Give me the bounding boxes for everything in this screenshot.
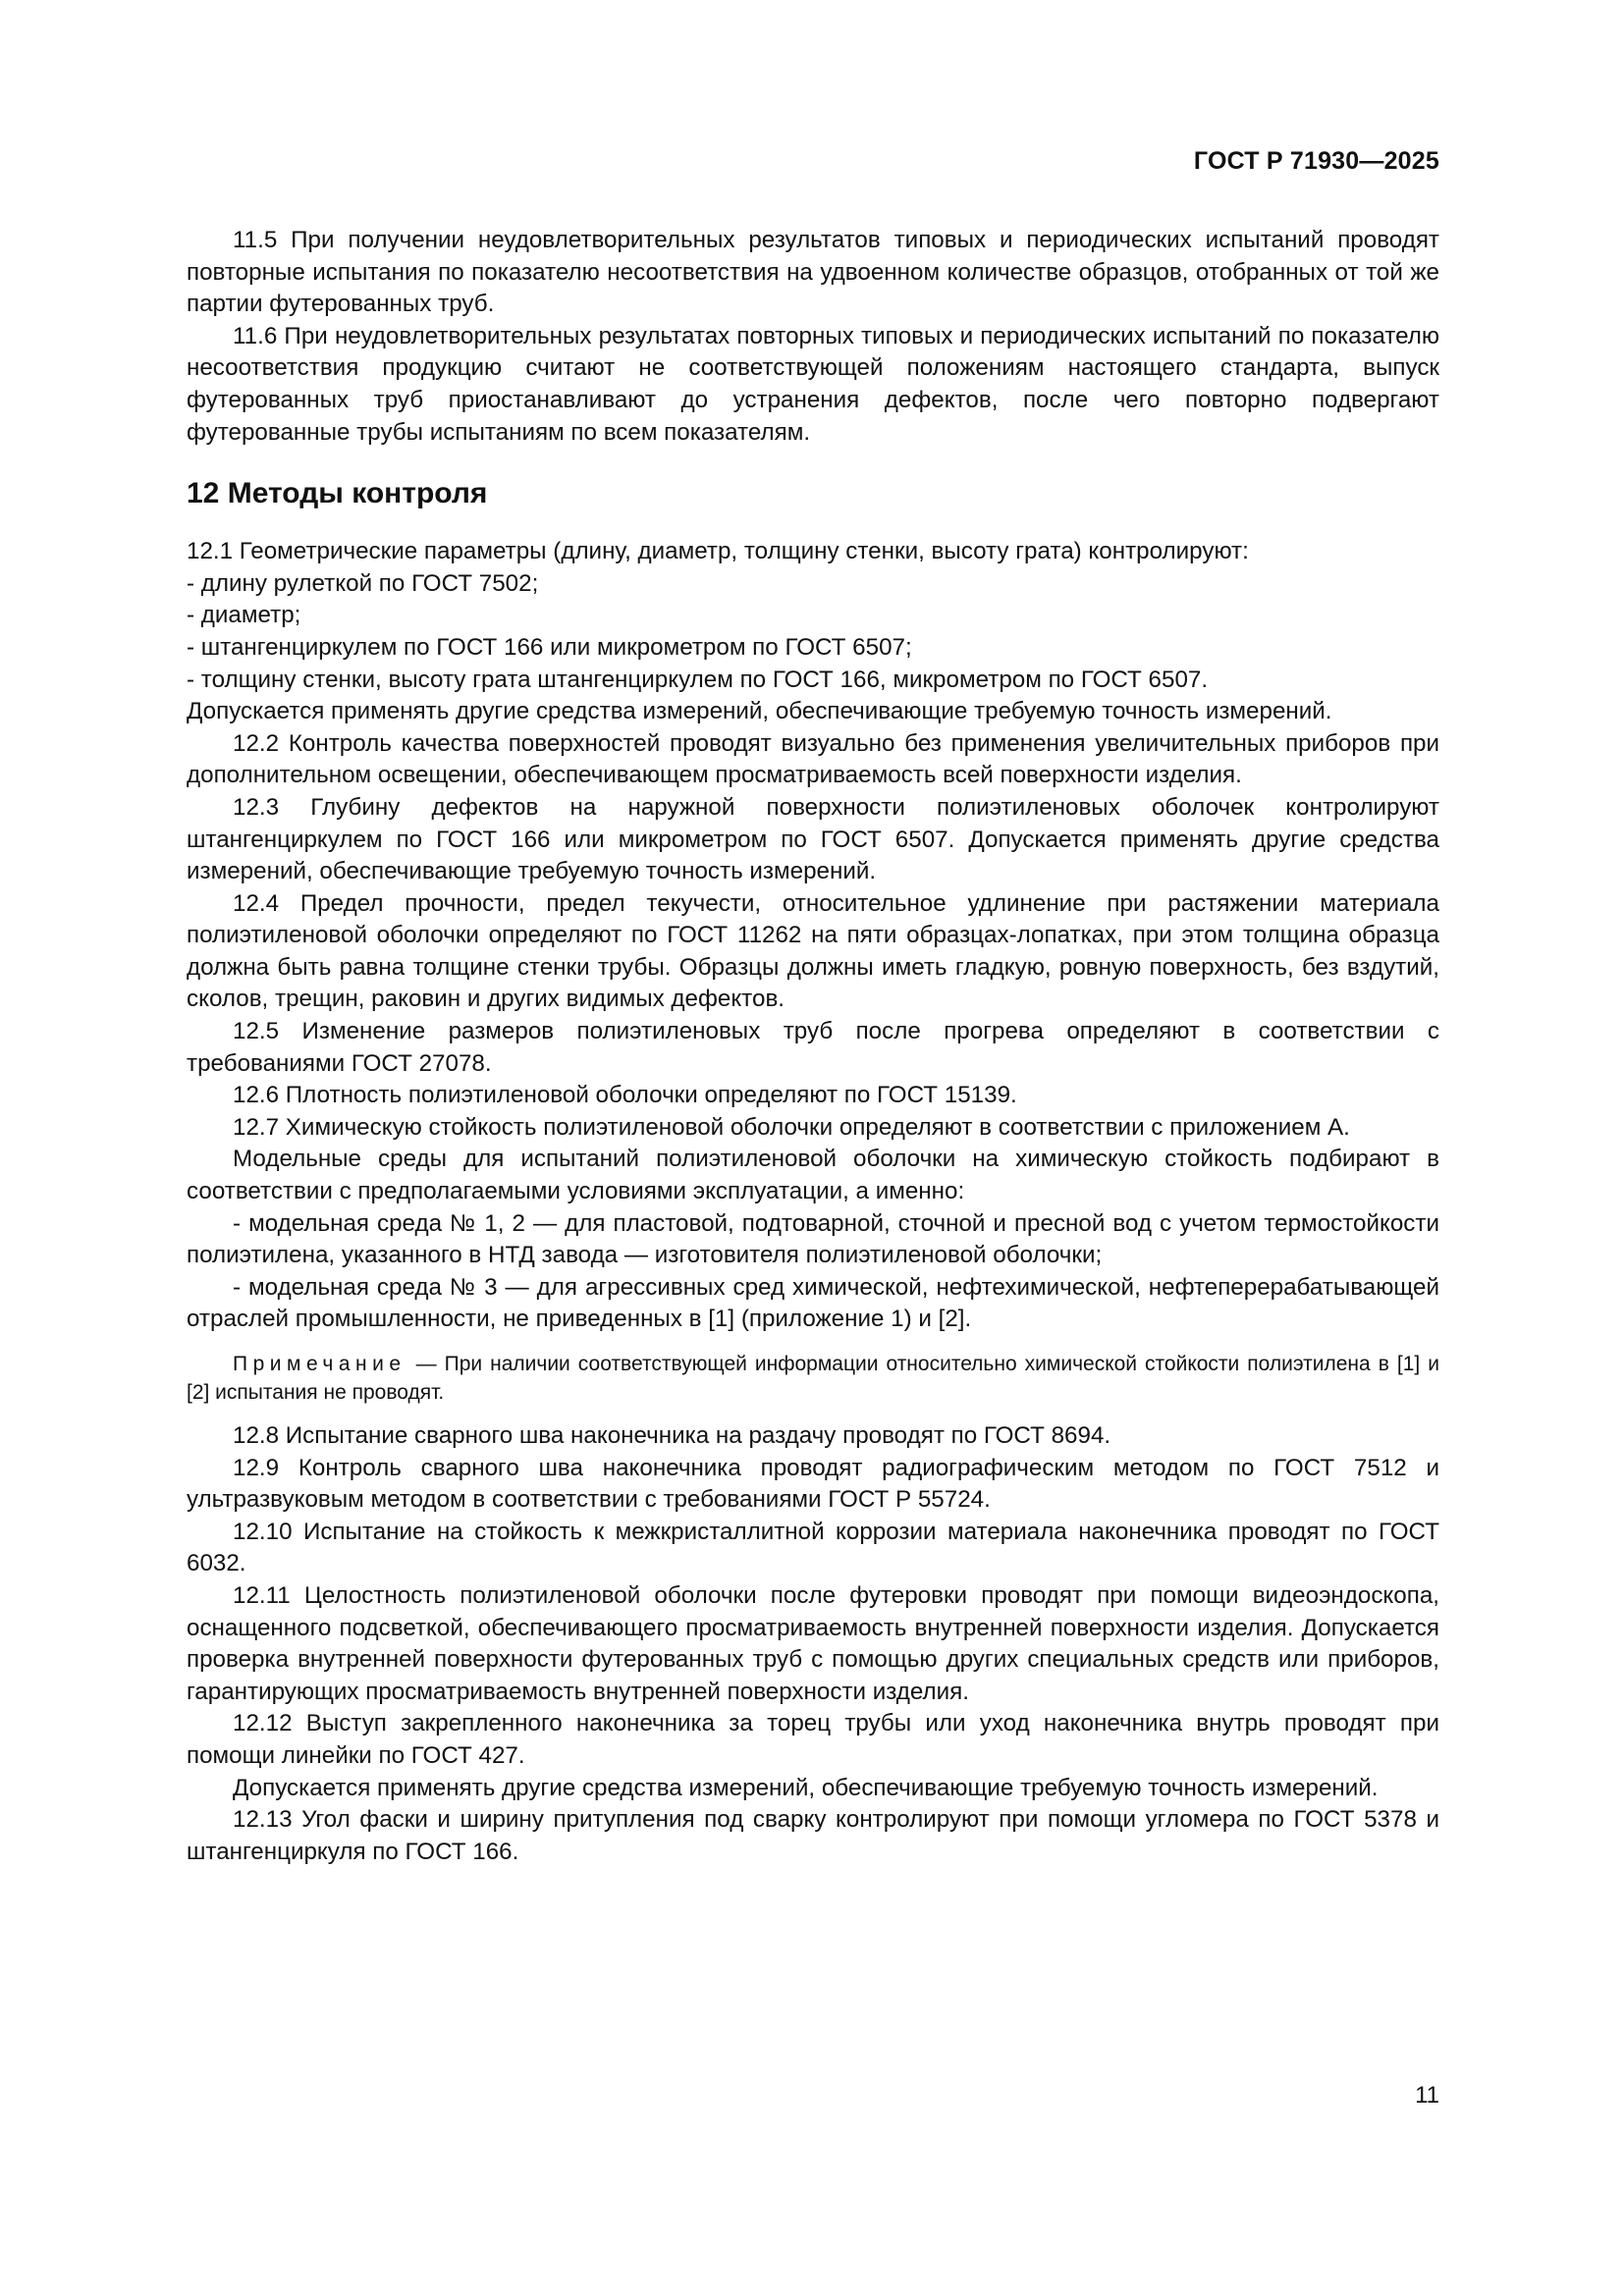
list-item: - толщину стенки, высоту грата штангенци… — [187, 665, 1439, 697]
paragraph-12-10: 12.10 Испытание на стойкость к межкриста… — [187, 1517, 1439, 1580]
list-item: - длину рулеткой по ГОСТ 7502; — [187, 568, 1439, 601]
model-media-intro: Модельные среды для испытаний полиэтилен… — [187, 1144, 1439, 1207]
section-title: 12 Методы контроля — [187, 474, 1439, 513]
paragraph-12-12-allowance: Допускается применять другие средства из… — [187, 1773, 1439, 1805]
note: Примечание — При наличии соответствующей… — [187, 1350, 1439, 1407]
paragraph-12-8: 12.8 Испытание сварного шва наконечника … — [187, 1420, 1439, 1453]
list-item: - диаметр; — [187, 600, 1439, 632]
paragraph-12-1-intro: 12.1 Геометрические параметры (длину, ди… — [187, 536, 1439, 568]
list-item: - модельная среда № 1, 2 — для пластовой… — [187, 1208, 1439, 1272]
paragraph-12-2: 12.2 Контроль качества поверхностей пров… — [187, 728, 1439, 792]
document-body: 11.5 При получении неудовлетворительных … — [187, 225, 1439, 1868]
paragraph-12-12: 12.12 Выступ закрепленного наконечника з… — [187, 1708, 1439, 1772]
paragraph-12-11: 12.11 Целостность полиэтиленовой оболочк… — [187, 1580, 1439, 1708]
paragraph-12-3: 12.3 Глубину дефектов на наружной поверх… — [187, 792, 1439, 888]
list-item: - модельная среда № 3 — для агрессивных … — [187, 1272, 1439, 1336]
document-page: ГОСТ Р 71930—2025 11.5 При получении неу… — [0, 0, 1624, 2296]
paragraph-12-6: 12.6 Плотность полиэтиленовой оболочки о… — [187, 1080, 1439, 1112]
paragraph-12-9: 12.9 Контроль сварного шва наконечника п… — [187, 1453, 1439, 1517]
document-code-header: ГОСТ Р 71930—2025 — [1194, 147, 1439, 176]
note-label: Примечание — [233, 1353, 406, 1375]
page-number: 11 — [1415, 2082, 1439, 2109]
paragraph-12-1-allowance: Допускается применять другие средства из… — [187, 696, 1439, 728]
list-item: - штангенциркулем по ГОСТ 166 или микром… — [187, 632, 1439, 665]
paragraph-12-4: 12.4 Предел прочности, предел текучести,… — [187, 888, 1439, 1016]
paragraph-12-13: 12.13 Угол фаски и ширину притупления по… — [187, 1804, 1439, 1868]
paragraph-12-5: 12.5 Изменение размеров полиэтиленовых т… — [187, 1016, 1439, 1080]
paragraph-11-6: 11.6 При неудовлетворительных результата… — [187, 321, 1439, 449]
paragraph-11-5: 11.5 При получении неудовлетворительных … — [187, 225, 1439, 321]
paragraph-12-7: 12.7 Химическую стойкость полиэтиленовой… — [187, 1112, 1439, 1145]
